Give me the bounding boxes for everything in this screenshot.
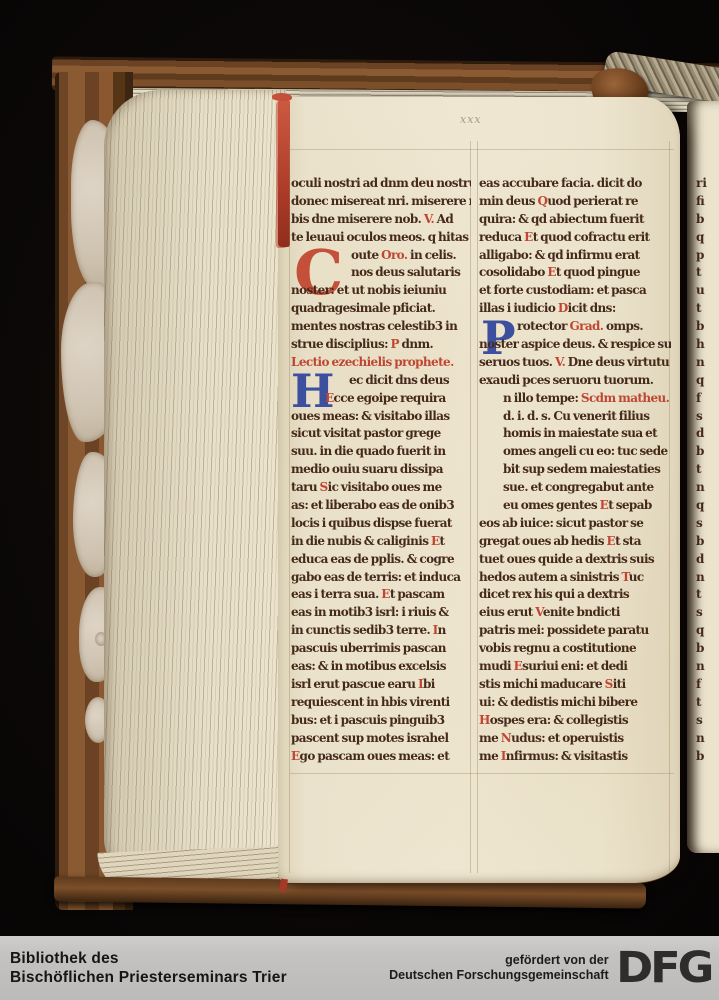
manuscript-text-segment: E	[325, 391, 334, 405]
manuscript-text-segment: oues meas: & visitabo illas	[291, 409, 450, 423]
facing-page-line: b	[696, 533, 719, 551]
manuscript-text-segment: Lectio ezechielis prophete.	[291, 355, 454, 369]
manuscript-line: me Nudus: et operuistis	[479, 730, 671, 748]
facing-page-line: u	[696, 282, 719, 300]
manuscript-text-segment: cosolidabo	[479, 265, 547, 279]
facing-page-line: f	[696, 676, 719, 694]
manuscript-line: eas accubare facia. dicit do	[479, 175, 671, 193]
manuscript-text-segment: stis michi maducare	[479, 677, 605, 691]
manuscript-text-segment: Scdm matheu.	[581, 391, 669, 405]
manuscript-text-segment: locis i quibus dispse fuerat	[291, 516, 452, 530]
manuscript-photo: rifibqptutbhnqfsdbtnqsbdntsqbnftsnb xxx …	[0, 0, 719, 936]
manuscript-text-segment: omps.	[606, 319, 643, 333]
manuscript-line: stis michi maducare Siti	[479, 676, 671, 694]
manuscript-text-segment: eius erut	[479, 605, 535, 619]
manuscript-line: mudi Esuriui eni: et dedi	[479, 658, 671, 676]
manuscript-text-segment: oculi nostri ad dnm deu nostru	[291, 176, 471, 190]
manuscript-text-segment: illas i iudicio	[479, 301, 558, 315]
library-credit-line2: Bischöflichen Priesterseminars Trier	[10, 968, 287, 987]
manuscript-line: rotector Grad. omps.	[479, 318, 671, 336]
manuscript-line: seruos tuos. V. Dne deus virtutu	[479, 354, 671, 372]
manuscript-text-segment: isrl erut pascue earu	[291, 677, 418, 691]
manuscript-line: donec misereat nri. miserere no	[291, 193, 471, 211]
facing-page-line: q	[696, 372, 719, 390]
manuscript-text-segment: Q	[537, 194, 547, 208]
manuscript-line: sue. et congregabut ante	[479, 479, 671, 497]
right-column: eas accubare facia. dicit domin deus Quo…	[479, 175, 671, 773]
facing-page-line: s	[696, 408, 719, 426]
manuscript-text-segment: gregat oues ab hedis	[479, 534, 607, 548]
manuscript-text-segment: E	[547, 265, 556, 279]
manuscript-text-segment: rotector	[517, 319, 569, 333]
manuscript-line: locis i quibus dispse fuerat	[291, 515, 471, 533]
dfg-logo: DFG	[616, 947, 711, 990]
library-credit: Bibliothek des Bischöflichen Priestersem…	[10, 949, 287, 987]
manuscript-line: eas i terra sua. Et pascam	[291, 586, 471, 604]
manuscript-text-segment: reduca	[479, 230, 524, 244]
manuscript-line: quadragesimale pficiat.	[291, 300, 471, 318]
manuscript-line: gabo eas de terris: et induca	[291, 569, 471, 587]
facing-page-line: n	[696, 658, 719, 676]
manuscript-line: isrl erut pascue earu Ibi	[291, 676, 471, 694]
manuscript-line: bis dne miserere nob. V. Ad	[291, 211, 471, 229]
manuscript-text-segment: t quod cofractu erit	[533, 230, 650, 244]
manuscript-line: nos deus salutaris	[291, 264, 471, 282]
manuscript-text-segment: me	[479, 749, 501, 763]
manuscript-line: sicut visitat pastor grege	[291, 425, 471, 443]
manuscript-text-segment: alligabo: & qd infirmu erat	[479, 248, 640, 262]
facing-page-line: f	[696, 390, 719, 408]
manuscript-text-segment: sue. et congregabut ante	[503, 480, 654, 494]
ruling-line-vertical	[289, 141, 290, 873]
facing-page-line: b	[696, 748, 719, 766]
manuscript-text-segment: mentes nostras celestib3 in	[291, 319, 457, 333]
manuscript-line: homis in maiestate sua et	[479, 425, 671, 443]
manuscript-line: oute Oro. in celis.	[291, 247, 471, 265]
manuscript-text-segment: Ad	[437, 212, 454, 226]
manuscript-line: ec dicit dns deus	[291, 372, 471, 390]
manuscript-line: d. i. d. s. Cu venerit filius	[479, 408, 671, 426]
ruling-line-vertical	[477, 141, 478, 873]
manuscript-text-segment: eas i terra sua.	[291, 587, 381, 601]
manuscript-line: requiescent in hbis virenti	[291, 694, 471, 712]
manuscript-text-segment: ic visitabo oues me	[328, 480, 442, 494]
manuscript-text-segment: requiescent in hbis virenti	[291, 695, 450, 709]
footer-bar: Bibliothek des Bischöflichen Priestersem…	[0, 936, 719, 1000]
manuscript-text-segment: vobis regnu a costitutione	[479, 641, 636, 655]
manuscript-text-segment: d. i. d. s. Cu venerit filius	[503, 409, 649, 423]
manuscript-text-segment: quadragesimale pficiat.	[291, 301, 435, 315]
manuscript-line: Hospes era: & collegistis	[479, 712, 671, 730]
manuscript-line: ui: & dedistis michi bibere	[479, 694, 671, 712]
manuscript-text-segment: eas in motib3 isrl: i riuis &	[291, 605, 449, 619]
manuscript-line: strue disciplius: P dnm.	[291, 336, 471, 354]
manuscript-text-segment: Grad.	[569, 319, 606, 333]
manuscript-text-segment: te leuaui oculos meos. q hitas	[291, 230, 468, 244]
manuscript-line: cosolidabo Et quod pingue	[479, 264, 671, 282]
facing-page-line: t	[696, 694, 719, 712]
manuscript-text-segment: ospes era: & collegistis	[490, 713, 628, 727]
manuscript-line: me Infirmus: & visitastis	[479, 748, 671, 766]
facing-page-line: p	[696, 247, 719, 265]
manuscript-text-segment: oute	[351, 248, 381, 262]
facing-page-line: t	[696, 264, 719, 282]
manuscript-line: illas i iudicio Dicit dns:	[479, 300, 671, 318]
facing-page-line: t	[696, 461, 719, 479]
manuscript-line: exaudi pces seruoru tuorum.	[479, 372, 671, 390]
manuscript-text-segment: n	[438, 623, 446, 637]
manuscript-text-segment: dnm.	[399, 337, 433, 351]
manuscript-line: vobis regnu a costitutione	[479, 640, 671, 658]
manuscript-text-segment: N	[501, 731, 511, 745]
manuscript-text-segment: E	[524, 230, 533, 244]
manuscript-text-segment: nos deus salutaris	[351, 265, 460, 279]
facing-page-line: q	[696, 622, 719, 640]
facing-page-line: s	[696, 604, 719, 622]
manuscript-line: medio ouiu suaru dissipa	[291, 461, 471, 479]
manuscript-line: noster aspice deus. & respice sup	[479, 336, 671, 354]
manuscript-text-segment: E	[514, 659, 523, 673]
manuscript-text-segment: V	[535, 605, 543, 619]
manuscript-text-segment: nfirmus: & visitastis	[506, 749, 628, 763]
page-stack-left	[104, 90, 286, 882]
manuscript-text-segment: t sepab	[608, 498, 651, 512]
facing-page-line: ri	[696, 175, 719, 193]
manuscript-line: noster: et ut nobis ieiuniu	[291, 282, 471, 300]
manuscript-text-segment: exaudi pces seruoru tuorum.	[479, 373, 653, 387]
manuscript-line: alligabo: & qd infirmu erat	[479, 247, 671, 265]
manuscript-text-segment: E	[381, 587, 390, 601]
ruling-line-horizontal	[290, 773, 674, 774]
manuscript-line: gregat oues ab hedis Et sta	[479, 533, 671, 551]
manuscript-line: omes angeli cu eo: tuc sede	[479, 443, 671, 461]
manuscript-line: min deus Quod perierat re	[479, 193, 671, 211]
manuscript-text-segment: t	[439, 534, 444, 548]
manuscript-text-segment: bit sup sedem maiestaties	[503, 462, 660, 476]
manuscript-text-segment: go pascam oues meas: et	[300, 749, 450, 763]
manuscript-text-segment: eu omes gentes	[503, 498, 600, 512]
manuscript-line: mentes nostras celestib3 in	[291, 318, 471, 336]
manuscript-text-segment: noster: et ut nobis ieiuniu	[291, 283, 446, 297]
funding-credit-line2: Deutschen Forschungsgemeinschaft	[389, 968, 609, 983]
manuscript-line: tuet oues quide a dextris suis	[479, 551, 671, 569]
manuscript-text-segment: me	[479, 731, 501, 745]
manuscript-text-segment: V.	[555, 355, 568, 369]
manuscript-line: pascuis uberrimis pascan	[291, 640, 471, 658]
manuscript-text-segment: iti	[613, 677, 626, 691]
manuscript-line: eas: & in motibus excelsis	[291, 658, 471, 676]
manuscript-text-segment: quira: & qd abiectum fuerit	[479, 212, 644, 226]
manuscript-text-segment: V.	[424, 212, 437, 226]
manuscript-text-segment: et forte custodiam: et pasca	[479, 283, 646, 297]
manuscript-line: oculi nostri ad dnm deu nostru	[291, 175, 471, 193]
manuscript-text-segment: D	[558, 301, 568, 315]
manuscript-text-segment: gabo eas de terris: et induca	[291, 570, 460, 584]
manuscript-text-segment: suriui eni: et dedi	[522, 659, 627, 673]
manuscript-text-segment: in celis.	[410, 248, 456, 262]
manuscript-text-segment: omes angeli cu eo: tuc sede	[503, 444, 668, 458]
manuscript-text-segment: S	[320, 480, 328, 494]
manuscript-text-segment: E	[607, 534, 616, 548]
facing-page-line: b	[696, 640, 719, 658]
manuscript-line: te leuaui oculos meos. q hitas	[291, 229, 471, 247]
manuscript-text-segment: t quod pingue	[556, 265, 640, 279]
manuscript-text-segment: seruos tuos.	[479, 355, 555, 369]
manuscript-text-segment: educa eas de pplis. & cogre	[291, 552, 454, 566]
manuscript-line: eu omes gentes Et sepab	[479, 497, 671, 515]
manuscript-text-segment: uc	[629, 570, 644, 584]
manuscript-text-segment: ec dicit dns deus	[349, 373, 449, 387]
manuscript-text-segment: S	[605, 677, 613, 691]
manuscript-line: reduca Et quod cofractu erit	[479, 229, 671, 247]
manuscript-line: quira: & qd abiectum fuerit	[479, 211, 671, 229]
ruling-line-horizontal	[290, 149, 674, 150]
manuscript-text-segment: T	[622, 570, 629, 584]
manuscript-text-segment: icit dns:	[568, 301, 616, 315]
manuscript-text-segment: t sta	[615, 534, 641, 548]
facing-page-line: n	[696, 479, 719, 497]
facing-page-line: d	[696, 551, 719, 569]
manuscript-line: Ecce egoipe requira	[291, 390, 471, 408]
manuscript-text-segment: medio ouiu suaru dissipa	[291, 462, 443, 476]
manuscript-text-segment: taru	[291, 480, 320, 494]
manuscript-text-segment: Dne deus virtutu	[568, 355, 669, 369]
manuscript-text-segment: tuet oues quide a dextris suis	[479, 552, 654, 566]
manuscript-text-segment: as: et liberabo eas de onib3	[291, 498, 454, 512]
facing-page-line: s	[696, 712, 719, 730]
screenshot: rifibqptutbhnqfsdbtnqsbdntsqbnftsnb xxx …	[0, 0, 719, 1000]
manuscript-text-segment: E	[600, 498, 609, 512]
facing-page-line: t	[696, 300, 719, 318]
manuscript-text-segment: in cunctis sedib3 terre.	[291, 623, 433, 637]
manuscript-text-segment: sicut visitat pastor grege	[291, 426, 441, 440]
funding-credit-text: gefördert von der Deutschen Forschungsge…	[389, 953, 609, 983]
manuscript-line: educa eas de pplis. & cogre	[291, 551, 471, 569]
manuscript-text-segment: ui: & dedistis michi bibere	[479, 695, 637, 709]
manuscript-text-segment: n illo tempe:	[503, 391, 581, 405]
facing-page-text: rifibqptutbhnqfsdbtnqsbdntsqbnftsnb	[696, 175, 719, 765]
manuscript-line: pascent sup motes israhel	[291, 730, 471, 748]
manuscript-text-segment: donec misereat nri. miserere no	[291, 194, 471, 208]
manuscript-text-segment: Oro.	[381, 248, 410, 262]
manuscript-text-segment: enite bndicti	[543, 605, 620, 619]
facing-page-line: d	[696, 425, 719, 443]
manuscript-text-segment: patris mei: possidete paratu	[479, 623, 649, 637]
folio-number: xxx	[460, 113, 482, 126]
manuscript-text-segment: udus: et operuistis	[511, 731, 623, 745]
manuscript-line: eas in motib3 isrl: i riuis &	[291, 604, 471, 622]
funding-credit-line1: gefördert von der	[389, 953, 609, 968]
manuscript-line: suu. in die quado fuerit in	[291, 443, 471, 461]
manuscript-text-segment: suu. in die quado fuerit in	[291, 444, 445, 458]
facing-page-line: t	[696, 586, 719, 604]
manuscript-line: in die nubis & caliginis Et	[291, 533, 471, 551]
manuscript-text-segment: uod perierat re	[547, 194, 638, 208]
facing-page-line: b	[696, 211, 719, 229]
manuscript-text-segment: eos ab iuice: sicut pastor se	[479, 516, 643, 530]
facing-page-line: n	[696, 730, 719, 748]
manuscript-line: eos ab iuice: sicut pastor se	[479, 515, 671, 533]
left-column: oculi nostri ad dnm deu nostrudonec mise…	[291, 175, 471, 773]
manuscript-text-segment: cce egoipe requira	[334, 391, 446, 405]
library-credit-line1: Bibliothek des	[10, 949, 287, 968]
facing-page-line: b	[696, 443, 719, 461]
manuscript-line: bus: et i pascuis pinguib3	[291, 712, 471, 730]
manuscript-text-segment: mudi	[479, 659, 514, 673]
manuscript-line: oues meas: & visitabo illas	[291, 408, 471, 426]
manuscript-text-segment: eas accubare facia. dicit do	[479, 176, 642, 190]
facing-page-line: h	[696, 336, 719, 354]
facing-page-sliver: rifibqptutbhnqfsdbtnqsbdntsqbnftsnb	[687, 101, 719, 853]
facing-page-line: n	[696, 354, 719, 372]
facing-page-line: q	[696, 229, 719, 247]
manuscript-line: bit sup sedem maiestaties	[479, 461, 671, 479]
manuscript-text-segment: bis dne miserere nob.	[291, 212, 424, 226]
manuscript-text-segment: homis in maiestate sua et	[503, 426, 657, 440]
facing-page-line: n	[696, 569, 719, 587]
manuscript-page: xxx C H P oculi nostri ad dnm deu nostru…	[278, 97, 680, 884]
manuscript-text-segment: hedos autem a sinistris	[479, 570, 622, 584]
facing-page-line: q	[696, 497, 719, 515]
manuscript-line: n illo tempe: Scdm matheu.	[479, 390, 671, 408]
manuscript-text-segment: H	[479, 713, 490, 727]
manuscript-line: eius erut Venite bndicti	[479, 604, 671, 622]
manuscript-text-segment: pascent sup motes israhel	[291, 731, 449, 745]
manuscript-text-segment: E	[291, 749, 300, 763]
facing-page-line: s	[696, 515, 719, 533]
facing-page-line: fi	[696, 193, 719, 211]
manuscript-text-segment: dicet rex his qui a dextris	[479, 587, 629, 601]
manuscript-line: as: et liberabo eas de onib3	[291, 497, 471, 515]
manuscript-line: hedos autem a sinistris Tuc	[479, 569, 671, 587]
manuscript-line: patris mei: possidete paratu	[479, 622, 671, 640]
manuscript-text-segment: bus: et i pascuis pinguib3	[291, 713, 445, 727]
manuscript-text-segment: pascuis uberrimis pascan	[291, 641, 446, 655]
manuscript-line: dicet rex his qui a dextris	[479, 586, 671, 604]
manuscript-text-segment: eas: & in motibus excelsis	[291, 659, 446, 673]
manuscript-line: taru Sic visitabo oues me	[291, 479, 471, 497]
manuscript-text-segment: min deus	[479, 194, 537, 208]
funding-credit: gefördert von der Deutschen Forschungsge…	[389, 947, 709, 990]
manuscript-line: Lectio ezechielis prophete.	[291, 354, 471, 372]
facing-page-line: b	[696, 318, 719, 336]
manuscript-line: in cunctis sedib3 terre. In	[291, 622, 471, 640]
manuscript-text-segment: strue disciplius:	[291, 337, 391, 351]
manuscript-text-segment: noster aspice deus. & respice sup	[479, 337, 671, 351]
manuscript-text-segment: in die nubis & caliginis	[291, 534, 431, 548]
manuscript-line: Ego pascam oues meas: et	[291, 748, 471, 766]
manuscript-text-segment: P	[391, 337, 399, 351]
manuscript-text-segment: bi	[423, 677, 435, 691]
manuscript-text-segment: t pascam	[390, 587, 445, 601]
manuscript-line: et forte custodiam: et pasca	[479, 282, 671, 300]
